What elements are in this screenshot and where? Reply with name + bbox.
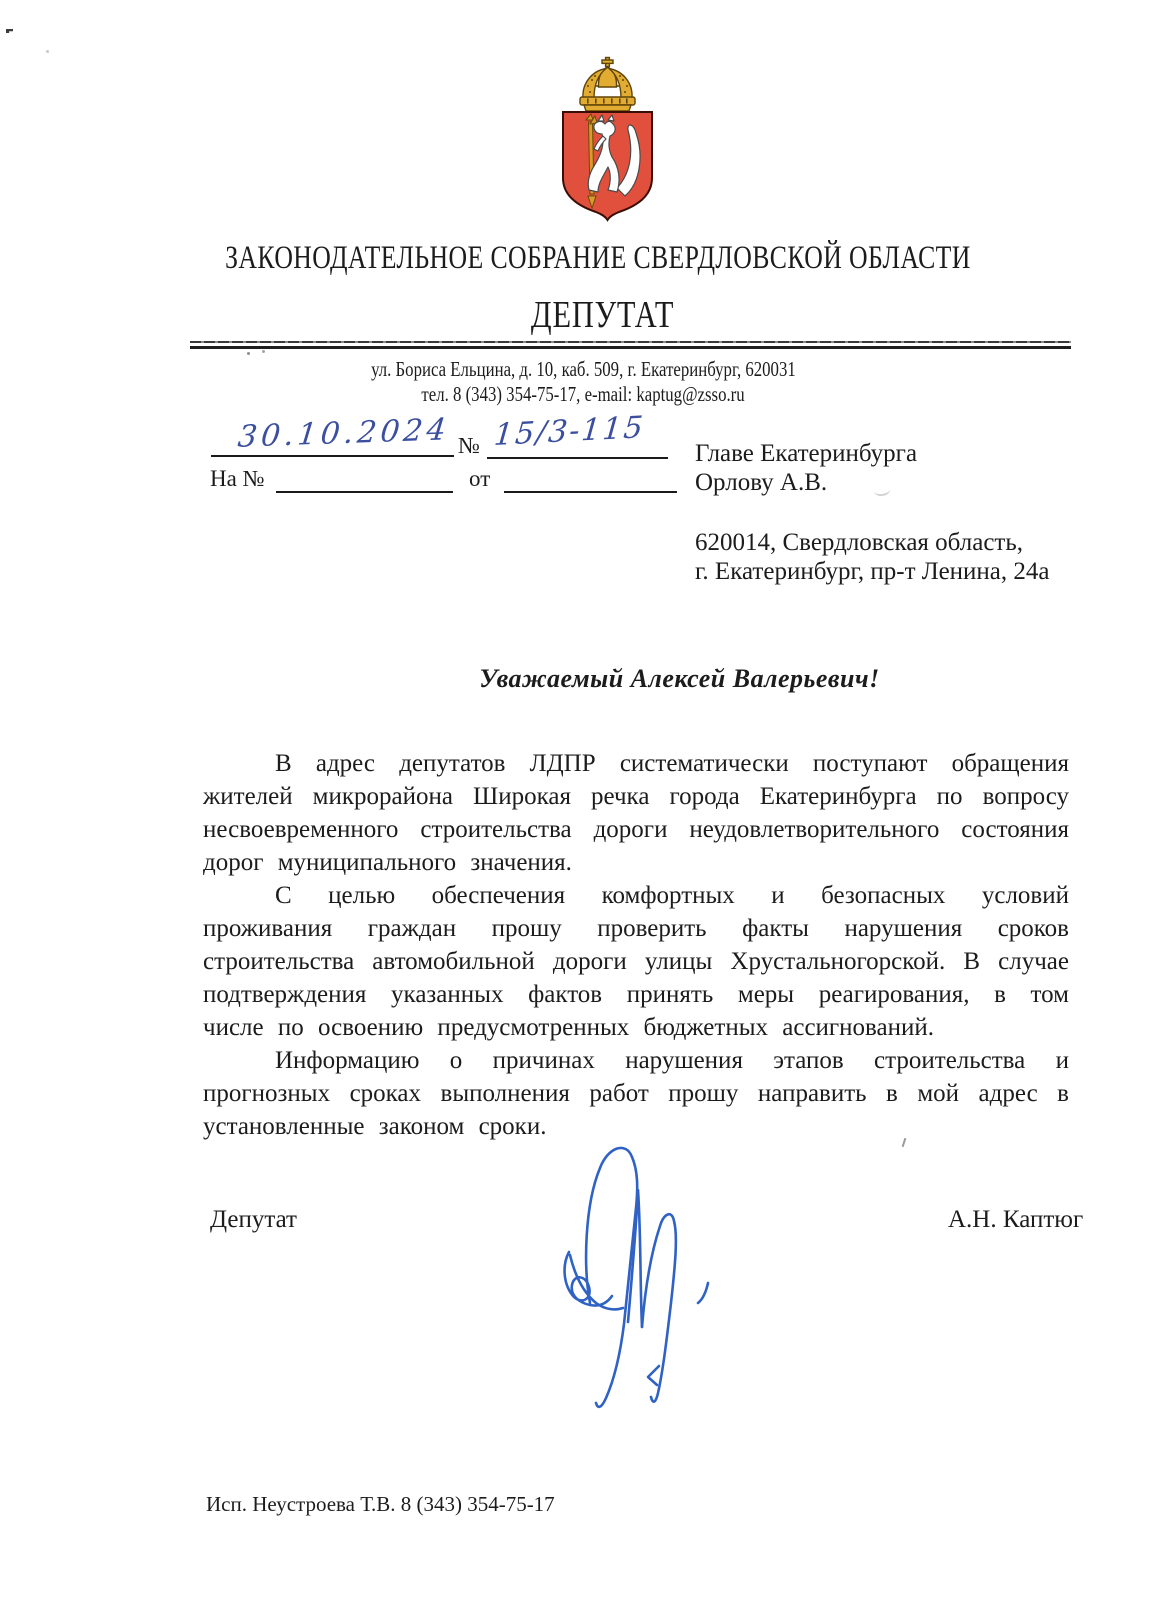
header-rule-thick — [190, 346, 1071, 349]
handwritten-date: 30.10.2024 — [236, 412, 451, 455]
header-rule-thin — [190, 341, 1071, 343]
executor-line: Исп. Неустроева Т.В. 8 (343) 354-75-17 — [206, 1492, 555, 1517]
handwritten-signature — [545, 1126, 725, 1418]
date-blank-line — [211, 455, 454, 457]
letterhead-address: ул. Бориса Ельцина, д. 10, каб. 509, г. … — [0, 357, 1175, 382]
signer-position: Депутат — [210, 1206, 297, 1234]
position-title: ДЕПУТАТ — [0, 293, 1175, 337]
number-label: № — [458, 433, 480, 459]
reply-to-label: На № — [210, 466, 265, 492]
body-paragraph: С целью обеспечения комфортных и безопас… — [203, 879, 1069, 1044]
scan-artifact — [46, 50, 49, 53]
signer-name: А.Н. Каптюг — [948, 1206, 1083, 1234]
scan-artifact — [6, 29, 13, 33]
reply-date-blank-line — [504, 491, 677, 493]
scanned-letter-page: ЗАКОНОДАТЕЛЬНОЕ СОБРАНИЕ СВЕРДЛОВСКОЙ ОБ… — [0, 0, 1175, 1600]
reply-date-label: от — [469, 466, 490, 492]
number-blank-line — [487, 457, 668, 459]
recipient-block: Главе Екатеринбурга Орлову А.В. 620014, … — [695, 439, 1050, 586]
reply-number-blank-line — [276, 491, 453, 493]
scan-artifact — [247, 352, 250, 355]
recipient-street: г. Екатеринбург, пр-т Ленина, 24а — [695, 557, 1050, 586]
recipient-postal: 620014, Свердловская область, — [695, 528, 1050, 557]
scan-artifact — [262, 350, 265, 353]
recipient-name: Орлову А.В. — [695, 468, 1050, 497]
coat-of-arms-icon — [559, 56, 657, 222]
handwritten-outgoing-number: 15/3-115 — [493, 410, 647, 453]
organization-name: ЗАКОНОДАТЕЛЬНОЕ СОБРАНИЕ СВЕРДЛОВСКОЙ ОБ… — [0, 240, 1175, 277]
letter-body: В адрес депутатов ЛДПР систематически по… — [203, 747, 1069, 1143]
body-paragraph: В адрес депутатов ЛДПР систематически по… — [203, 747, 1069, 879]
recipient-title: Главе Екатеринбурга — [695, 439, 1050, 468]
letterhead-contacts: тел. 8 (343) 354-75-17, e-mail: kaptug@z… — [0, 382, 1175, 407]
salutation: Уважаемый Алексей Валерьевич! — [0, 664, 1175, 694]
